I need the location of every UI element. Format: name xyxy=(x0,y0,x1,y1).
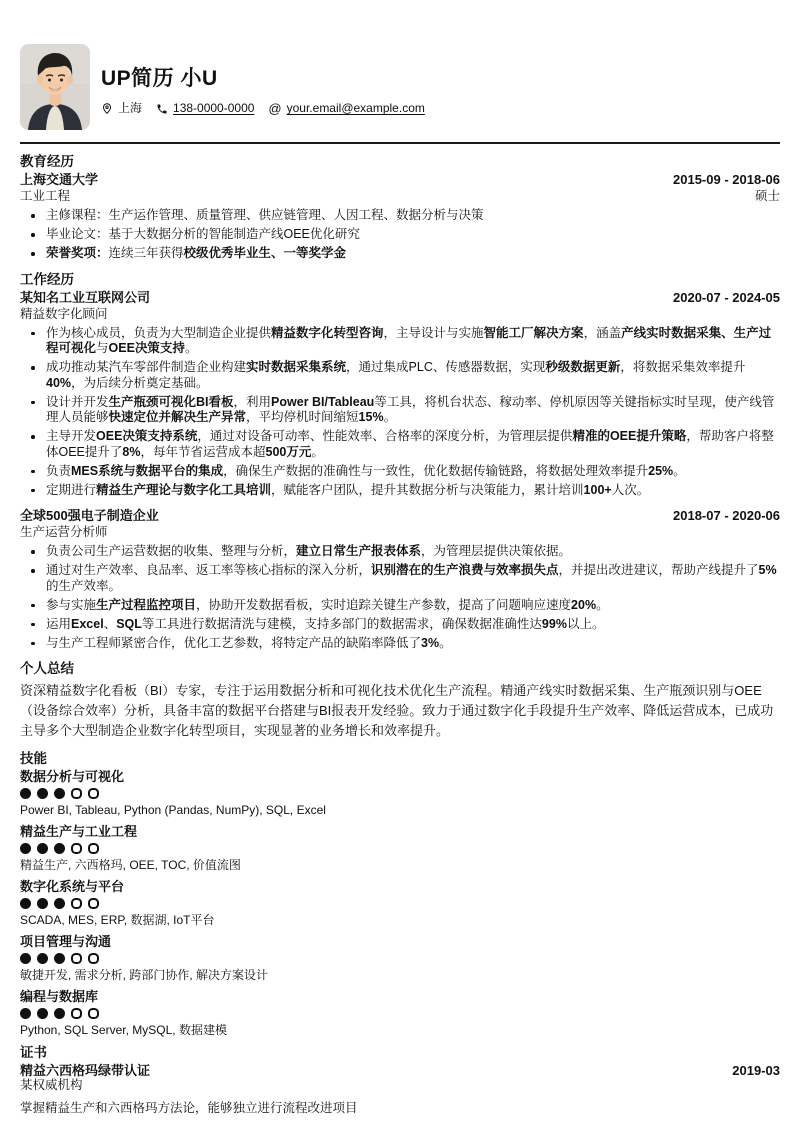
skill-level-dots xyxy=(20,843,780,854)
level-dot-empty xyxy=(71,898,82,909)
text: ，赋能客户团队，提升其数据分析与决策能力，累计培训 xyxy=(271,483,584,497)
text: 与 xyxy=(96,341,109,355)
level-dot-empty xyxy=(88,843,99,854)
text: 。 xyxy=(185,341,198,355)
highlight-text: 精准的OEE提升策略 xyxy=(572,429,686,443)
company-name: 全球500强电子制造企业 xyxy=(20,508,159,524)
skill-item: 数字化系统与平台SCADA, MES, ERP, 数据湖, IoT平台 xyxy=(20,879,780,927)
summary-text: 资深精益数字化看板（BI）专家，专注于运用数据分析和可视化技术优化生产流程。精通… xyxy=(20,681,780,741)
jobs-host: 某知名工业互联网公司2020-07 - 2024-05精益数字化顾问作为核心成员… xyxy=(20,290,780,652)
phone-item: 138-0000-0000 xyxy=(156,101,254,116)
highlight-text: 3% xyxy=(421,636,439,650)
resume-header: UP简历 小U 上海 138-0000-0000 @ xyxy=(20,44,780,130)
highlight-text: 秒级数据更新 xyxy=(545,360,620,374)
text: ，将数据采集效率提升 xyxy=(620,360,745,374)
level-dot-filled xyxy=(20,788,31,799)
skills-host: 数据分析与可视化Power BI, Tableau, Python (Panda… xyxy=(20,769,780,1037)
highlight-text: 荣誉奖项： xyxy=(46,246,109,260)
highlight-text: 100+ xyxy=(584,483,612,497)
text: 主导开发 xyxy=(46,429,96,443)
skill-level-dots xyxy=(20,953,780,964)
text: ，为管理层提供决策依据。 xyxy=(421,544,571,558)
text: 的生产效率。 xyxy=(46,579,121,593)
education-major: 工业工程 xyxy=(20,188,70,204)
section-certificates: 证书 精益六西格玛绿带认证2019-03某权威机构掌握精益生产和六西格玛方法论，… xyxy=(20,1045,780,1116)
certificates-title: 证书 xyxy=(20,1045,780,1061)
location-pin-icon xyxy=(101,102,113,115)
job-entry-head: 全球500强电子制造企业2018-07 - 2020-06 xyxy=(20,508,780,524)
highlight-text: 实时数据采集系统 xyxy=(246,360,346,374)
education-date: 2015-09 - 2018-06 xyxy=(673,172,780,188)
skill-detail: 敏捷开发, 需求分析, 跨部门协作, 解决方案设计 xyxy=(20,968,780,982)
job-date: 2018-07 - 2020-06 xyxy=(673,508,780,524)
education-bullets-host: 主修课程：生产运作管理、质量管理、供应链管理、人因工程、数据分析与决策毕业论文：… xyxy=(20,208,780,262)
bullet-item: 负责公司生产运营数据的收集、整理与分析，建立日常生产报表体系，为管理层提供决策依… xyxy=(31,544,780,560)
text: 。 xyxy=(596,598,609,612)
job-date: 2020-07 - 2024-05 xyxy=(673,290,780,306)
education-degree: 硕士 xyxy=(755,188,780,204)
education-bullets: 主修课程：生产运作管理、质量管理、供应链管理、人因工程、数据分析与决策毕业论文：… xyxy=(20,208,780,262)
text: 负责 xyxy=(46,464,71,478)
certificate-name: 精益六西格玛绿带认证 xyxy=(20,1063,150,1078)
email-item: @ your.email@example.com xyxy=(268,101,424,116)
skill-detail: Python, SQL Server, MySQL, 数据建模 xyxy=(20,1023,780,1037)
location-item: 上海 xyxy=(101,101,142,116)
text: 连续三年获得 xyxy=(109,246,184,260)
job-entry-head: 某知名工业互联网公司2020-07 - 2024-05 xyxy=(20,290,780,306)
level-dot-filled xyxy=(54,1008,65,1019)
highlight-text: 精益数字化转型咨询 xyxy=(271,326,384,340)
level-dot-filled xyxy=(20,898,31,909)
job-role: 精益数字化顾问 xyxy=(20,306,108,322)
work-title: 工作经历 xyxy=(20,272,780,288)
text: 。 xyxy=(311,445,324,459)
certificate-head: 精益六西格玛绿带认证2019-03 xyxy=(20,1063,780,1078)
job-bullets: 作为核心成员，负责为大型制造企业提供精益数字化转型咨询，主导设计与实施智能工厂解… xyxy=(20,326,780,499)
skill-detail: 精益生产, 六西格玛, OEE, TOC, 价值流图 xyxy=(20,858,780,872)
text: 运用 xyxy=(46,617,71,631)
skill-item: 编程与数据库Python, SQL Server, MySQL, 数据建模 xyxy=(20,989,780,1037)
summary-title: 个人总结 xyxy=(20,661,780,677)
bullet-item: 通过对生产效率、良品率、返工率等核心指标的深入分析，识别潜在的生产浪费与效率损失… xyxy=(31,563,780,594)
job-entry: 某知名工业互联网公司2020-07 - 2024-05精益数字化顾问作为核心成员… xyxy=(20,290,780,499)
text: 。 xyxy=(384,410,397,424)
level-dot-empty xyxy=(71,788,82,799)
text: 主修课程：生产运作管理、质量管理、供应链管理、人因工程、数据分析与决策 xyxy=(46,208,484,222)
highlight-text: 15% xyxy=(359,410,384,424)
certificate-date: 2019-03 xyxy=(732,1063,780,1078)
bullet-item: 运用Excel、SQL等工具进行数据清洗与建模，支持多部门的数据需求，确保数据准… xyxy=(31,617,780,633)
text: 负责公司生产运营数据的收集、整理与分析， xyxy=(46,544,296,558)
text: 与生产工程师紧密合作，优化工艺参数，将特定产品的缺陷率降低了 xyxy=(46,636,421,650)
skill-level-dots xyxy=(20,788,780,799)
bullet-item: 成功推动某汽车零部件制造企业构建实时数据采集系统，通过集成PLC、传感器数据，实… xyxy=(31,360,780,391)
highlight-text: 智能工厂解决方案 xyxy=(484,326,584,340)
bullet-item: 负责MES系统与数据平台的集成，确保生产数据的准确性与一致性，优化数据传输链路，… xyxy=(31,464,780,480)
skill-name: 数据分析与可视化 xyxy=(20,769,780,785)
section-summary: 个人总结 资深精益数字化看板（BI）专家，专注于运用数据分析和可视化技术优化生产… xyxy=(20,661,780,741)
at-icon: @ xyxy=(268,102,281,115)
section-work: 工作经历 某知名工业互联网公司2020-07 - 2024-05精益数字化顾问作… xyxy=(20,272,780,652)
text: ，并提出改进建议，帮助产线提升了 xyxy=(559,563,759,577)
level-dot-empty xyxy=(88,788,99,799)
level-dot-empty xyxy=(88,953,99,964)
text: ，主导设计与实施 xyxy=(384,326,484,340)
bullet-item: 主修课程：生产运作管理、质量管理、供应链管理、人因工程、数据分析与决策 xyxy=(31,208,780,224)
level-dot-filled xyxy=(37,843,48,854)
phone-icon xyxy=(156,103,168,115)
text: 定期进行 xyxy=(46,483,96,497)
level-dot-filled xyxy=(37,898,48,909)
text: 成功推动某汽车零部件制造企业构建 xyxy=(46,360,246,374)
bullet-item: 与生产工程师紧密合作，优化工艺参数，将特定产品的缺陷率降低了3%。 xyxy=(31,636,780,652)
skill-name: 数字化系统与平台 xyxy=(20,879,780,895)
certificates-host: 精益六西格玛绿带认证2019-03某权威机构掌握精益生产和六西格玛方法论，能够独… xyxy=(20,1063,780,1116)
level-dot-filled xyxy=(37,788,48,799)
text: 设计并开发 xyxy=(46,395,109,409)
job-entry-sub: 精益数字化顾问 xyxy=(20,306,780,322)
bullet-item: 定期进行精益生产理论与数字化工具培训，赋能客户团队，提升其数据分析与决策能力，累… xyxy=(31,483,780,499)
bullet-item: 荣誉奖项：连续三年获得校级优秀毕业生、一等奖学金 xyxy=(31,246,780,262)
text: 、 xyxy=(104,617,117,631)
text: 。 xyxy=(673,464,686,478)
education-title: 教育经历 xyxy=(20,154,780,170)
level-dot-filled xyxy=(54,953,65,964)
highlight-text: 生产瓶颈可视化BI看板 xyxy=(109,395,234,409)
phone-link[interactable]: 138-0000-0000 xyxy=(173,101,254,116)
skills-title: 技能 xyxy=(20,751,780,767)
skill-name: 精益生产与工业工程 xyxy=(20,824,780,840)
highlight-text: 99% xyxy=(542,617,567,631)
level-dot-empty xyxy=(71,1008,82,1019)
resume-page: UP简历 小U 上海 138-0000-0000 @ xyxy=(0,0,800,1130)
bullet-item: 作为核心成员，负责为大型制造企业提供精益数字化转型咨询，主导设计与实施智能工厂解… xyxy=(31,326,780,357)
highlight-text: 8% xyxy=(122,445,140,459)
bullet-item: 毕业论文：基于大数据分析的智能制造产线OEE优化研究 xyxy=(31,227,780,243)
text: 人次。 xyxy=(612,483,650,497)
skill-name: 项目管理与沟通 xyxy=(20,934,780,950)
highlight-text: 建立日常生产报表体系 xyxy=(296,544,421,558)
highlight-text: 识别潜在的生产浪费与效率损失点 xyxy=(371,563,559,577)
text: ，涵盖 xyxy=(584,326,622,340)
text: 作为核心成员，负责为大型制造企业提供 xyxy=(46,326,271,340)
header-divider xyxy=(20,142,780,144)
text: ，利用 xyxy=(234,395,272,409)
contact-row: 上海 138-0000-0000 @ your.email@example.co… xyxy=(101,101,425,116)
highlight-text: 精益生产理论与数字化工具培训 xyxy=(96,483,271,497)
text: ，确保生产数据的准确性与一致性，优化数据传输链路，将数据处理效率提升 xyxy=(223,464,648,478)
text: ，通过对设备可动率、性能效率、合格率的深度分析，为管理层提供 xyxy=(197,429,572,443)
text: 。 xyxy=(439,636,452,650)
level-dot-filled xyxy=(20,1008,31,1019)
highlight-text: Excel xyxy=(71,617,104,631)
job-bullets: 负责公司生产运营数据的收集、整理与分析，建立日常生产报表体系，为管理层提供决策依… xyxy=(20,544,780,651)
job-entry: 全球500强电子制造企业2018-07 - 2020-06生产运营分析师负责公司… xyxy=(20,508,780,651)
bullet-item: 参与实施生产过程监控项目，协助开发数据看板，实时追踪关键生产参数，提高了问题响应… xyxy=(31,598,780,614)
bullet-item: 主导开发OEE决策支持系统，通过对设备可动率、性能效率、合格率的深度分析，为管理… xyxy=(31,429,780,460)
certificate-issuer: 某权威机构 xyxy=(20,1078,780,1093)
email-link[interactable]: your.email@example.com xyxy=(287,101,425,116)
skill-item: 精益生产与工业工程精益生产, 六西格玛, OEE, TOC, 价值流图 xyxy=(20,824,780,872)
highlight-text: 25% xyxy=(648,464,673,478)
text: ，为后续分析奠定基础。 xyxy=(71,376,209,390)
school-name: 上海交通大学 xyxy=(20,172,98,188)
certificate-entry: 精益六西格玛绿带认证2019-03某权威机构掌握精益生产和六西格玛方法论，能够独… xyxy=(20,1063,780,1116)
bullet-item: 设计并开发生产瓶颈可视化BI看板，利用Power BI/Tableau等工具，将… xyxy=(31,395,780,426)
skill-item: 数据分析与可视化Power BI, Tableau, Python (Panda… xyxy=(20,769,780,817)
certificate-note: 掌握精益生产和六西格玛方法论，能够独立进行流程改进项目 xyxy=(20,1101,780,1116)
highlight-text: 5% xyxy=(759,563,777,577)
highlight-text: OEE决策支持 xyxy=(109,341,185,355)
profile-photo xyxy=(20,44,90,130)
level-dot-empty xyxy=(71,953,82,964)
text: 以上。 xyxy=(567,617,605,631)
candidate-name: UP简历 小U xyxy=(101,66,425,92)
highlight-text: MES系统与数据平台的集成 xyxy=(71,464,223,478)
highlight-text: 生产过程监控项目 xyxy=(96,598,196,612)
text: 参与实施 xyxy=(46,598,96,612)
education-entry-sub: 工业工程 硕士 xyxy=(20,188,780,204)
highlight-text: OEE决策支持系统 xyxy=(96,429,197,443)
text: ，协助开发数据看板，实时追踪关键生产参数，提高了问题响应速度 xyxy=(196,598,571,612)
level-dot-filled xyxy=(54,843,65,854)
text: ，每年节省运营成本超 xyxy=(140,445,265,459)
level-dot-empty xyxy=(71,843,82,854)
text: ，通过集成PLC、传感器数据，实现 xyxy=(346,360,545,374)
text: ，平均停机时间缩短 xyxy=(246,410,359,424)
level-dot-filled xyxy=(37,1008,48,1019)
section-education: 教育经历 上海交通大学 2015-09 - 2018-06 工业工程 硕士 主修… xyxy=(20,154,780,262)
text: 等工具进行数据清洗与建模，支持多部门的数据需求，确保数据准确性达 xyxy=(142,617,542,631)
highlight-text: 校级优秀毕业生、一等奖学金 xyxy=(184,246,347,260)
skill-name: 编程与数据库 xyxy=(20,989,780,1005)
avatar xyxy=(20,44,90,130)
highlight-text: 40% xyxy=(46,376,71,390)
level-dot-filled xyxy=(54,898,65,909)
skill-detail: SCADA, MES, ERP, 数据湖, IoT平台 xyxy=(20,913,780,927)
header-text: UP简历 小U 上海 138-0000-0000 @ xyxy=(101,44,425,116)
text: 毕业论文：基于大数据分析的智能制造产线OEE优化研究 xyxy=(46,227,360,241)
level-dot-filled xyxy=(37,953,48,964)
level-dot-filled xyxy=(20,953,31,964)
section-skills: 技能 数据分析与可视化Power BI, Tableau, Python (Pa… xyxy=(20,751,780,1037)
skill-level-dots xyxy=(20,1008,780,1019)
text: 通过对生产效率、良品率、返工率等核心指标的深入分析， xyxy=(46,563,371,577)
skill-detail: Power BI, Tableau, Python (Pandas, NumPy… xyxy=(20,803,780,817)
highlight-text: 500万元 xyxy=(266,445,312,459)
highlight-text: 20% xyxy=(571,598,596,612)
level-dot-empty xyxy=(88,898,99,909)
education-entry-head: 上海交通大学 2015-09 - 2018-06 xyxy=(20,172,780,188)
skill-level-dots xyxy=(20,898,780,909)
level-dot-filled xyxy=(20,843,31,854)
company-name: 某知名工业互联网公司 xyxy=(20,290,150,306)
highlight-text: SQL xyxy=(116,617,142,631)
job-entry-sub: 生产运营分析师 xyxy=(20,524,780,540)
job-role: 生产运营分析师 xyxy=(20,524,108,540)
location-text: 上海 xyxy=(118,101,142,116)
level-dot-filled xyxy=(54,788,65,799)
highlight-text: Power BI/Tableau xyxy=(271,395,374,409)
level-dot-empty xyxy=(88,1008,99,1019)
skill-item: 项目管理与沟通敏捷开发, 需求分析, 跨部门协作, 解决方案设计 xyxy=(20,934,780,982)
highlight-text: 快速定位并解决生产异常 xyxy=(109,410,247,424)
